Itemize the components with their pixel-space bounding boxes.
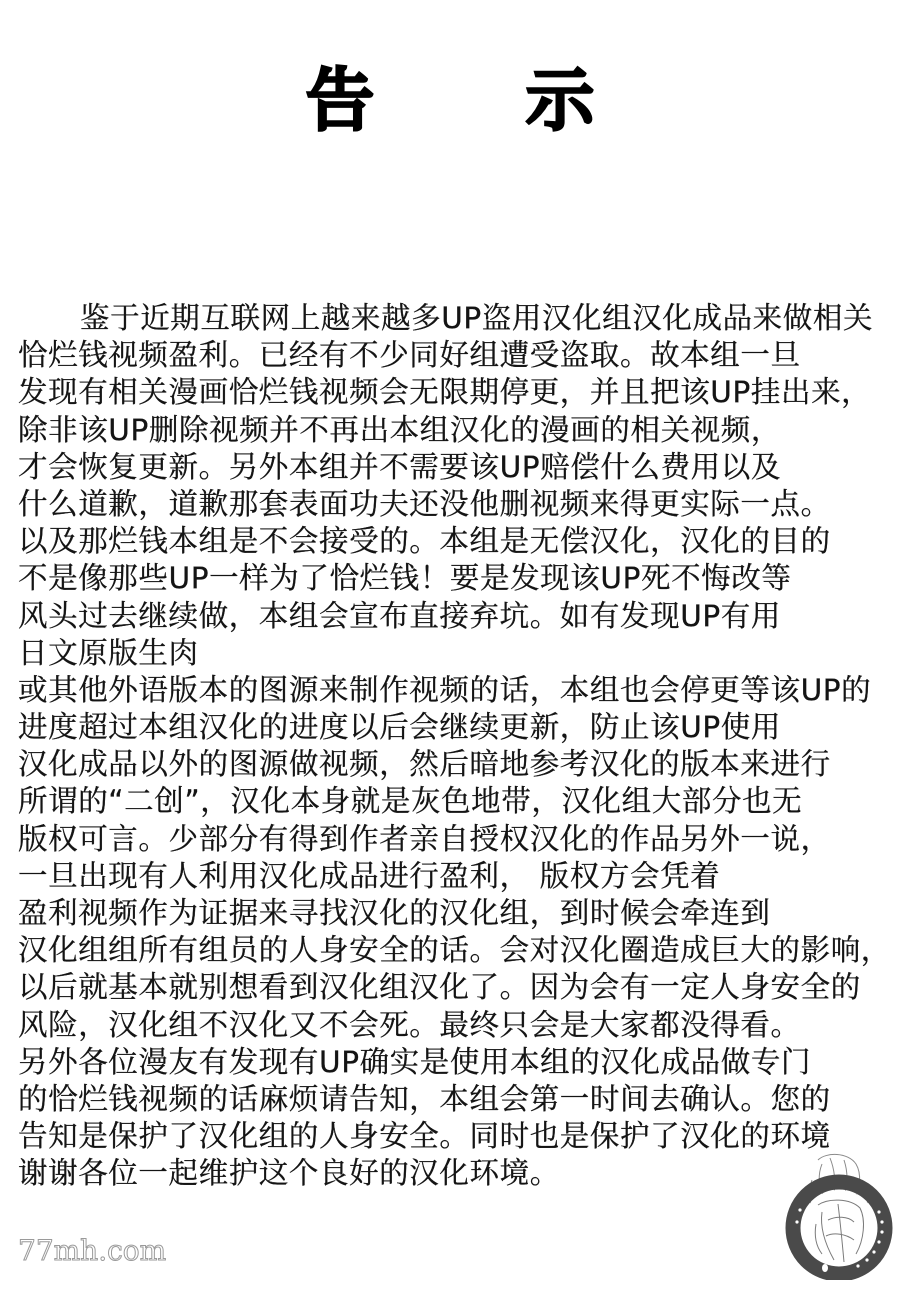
- notice-line: 日文原版生肉: [18, 635, 898, 672]
- notice-line: 汉化组组所有组员的人身安全的话。会对汉化圈造成巨大的影响，: [18, 932, 898, 969]
- notice-line: 的恰烂钱视频的话麻烦请告知，本组会第一时间去确认。您的: [18, 1081, 898, 1118]
- notice-line: 风险，汉化组不汉化又不会死。最终只会是大家都没得看。: [18, 1007, 898, 1044]
- notice-line: 以及那烂钱本组是不会接受的。本组是无偿汉化，汉化的目的: [18, 523, 898, 560]
- notice-line: 版权可言。少部分有得到作者亲自授权汉化的作品另外一说，: [18, 821, 898, 858]
- notice-line: 盈利视频作为证据来寻找汉化的汉化组，到时候会牵连到: [18, 895, 898, 932]
- site-watermark: 77mh.com: [18, 1234, 166, 1267]
- notice-line: 鉴于近期互联网上越来越多UP盗用汉化组汉化成品来做相关: [18, 300, 898, 337]
- notice-line: 风头过去继续做，本组会宣布直接弃坑。如有发现UP有用: [18, 598, 898, 635]
- notice-line: 恰烂钱视频盈利。已经有不少同好组遭受盗取。故本组一旦: [18, 337, 898, 374]
- notice-line: 告知是保护了汉化组的人身安全。同时也是保护了汉化的环境: [18, 1118, 898, 1155]
- notice-line: 什么道歉，道歉那套表面功夫还没他删视频来得更实际一点。: [18, 486, 898, 523]
- notice-line: 所谓的“二创”，汉化本身就是灰色地带，汉化组大部分也无: [18, 783, 898, 820]
- group-seal-stamp-icon: [778, 1150, 900, 1280]
- notice-line: 一旦出现有人利用汉化成品进行盈利， 版权方会凭着: [18, 858, 898, 895]
- notice-line: 进度超过本组汉化的进度以后会继续更新，防止该UP使用: [18, 709, 898, 746]
- notice-title: 告 示: [0, 62, 900, 142]
- notice-line: 以后就基本就别想看到汉化组汉化了。因为会有一定人身安全的: [18, 969, 898, 1006]
- notice-line: 发现有相关漫画恰烂钱视频会无限期停更，并且把该UP挂出来，: [18, 374, 898, 411]
- title-char-gao: 告: [306, 62, 374, 142]
- notice-line: 另外各位漫友有发现有UP确实是使用本组的汉化成品做专门: [18, 1044, 898, 1081]
- notice-line: 才会恢复更新。另外本组并不需要该UP赔偿什么费用以及: [18, 449, 898, 486]
- notice-body: 鉴于近期互联网上越来越多UP盗用汉化组汉化成品来做相关 恰烂钱视频盈利。已经有不…: [18, 300, 898, 1193]
- notice-line: 除非该UP删除视频并不再出本组汉化的漫画的相关视频，: [18, 412, 898, 449]
- notice-line: 谢谢各位一起维护这个良好的汉化环境。: [18, 1155, 898, 1192]
- title-char-shi: 示: [526, 62, 594, 142]
- notice-line: 汉化成品以外的图源做视频，然后暗地参考汉化的版本来进行: [18, 746, 898, 783]
- notice-line: 不是像那些UP一样为了恰烂钱！要是发现该UP死不悔改等: [18, 560, 898, 597]
- notice-line: 或其他外语版本的图源来制作视频的话，本组也会停更等该UP的: [18, 672, 898, 709]
